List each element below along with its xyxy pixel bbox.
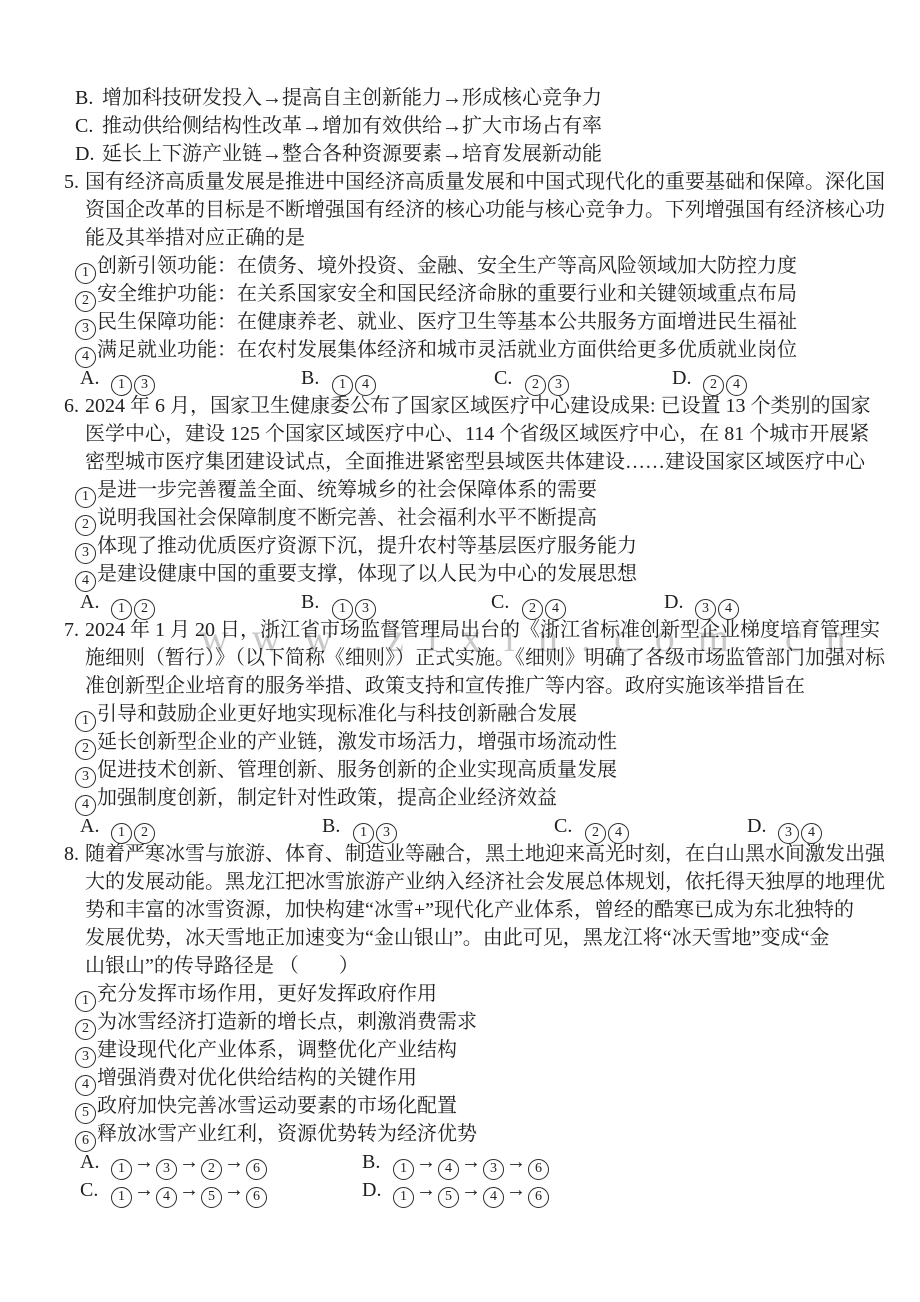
question-5: 5.国有经济高质量发展是推进中国经济高质量发展和中国式现代化的重要基础和保障。深… [0,168,920,392]
numbered-item: 3促进技术创新、管理创新、服务创新的企业实现高质量发展 [74,756,920,784]
item-text: 安全维护功能：在关系国家安全和国民经济命脉的重要行业和关键领域重点布局 [97,283,797,305]
option-D: D.34 [664,588,740,620]
question-6: 6.2024 年 6 月，国家卫生健康委公布了国家区域医疗中心建设成果: 已设置… [0,392,920,616]
options-row: A.12B.13C.24D.34 [0,588,920,616]
arrow-icon: → [224,1179,244,1201]
arrow-icon: → [416,1151,436,1173]
numbered-item: 4是建设健康中国的重要支撑，体现了以人民为中心的发展思想 [74,560,920,588]
stem-text: 随着严寒冰雪与旅游、体育、制造业等融合，黑土地迎来高光时刻，在白山黑水间激发出强 [85,843,885,865]
option-letter: D. [664,588,694,616]
circled-number: 4 [608,823,629,844]
numbered-item: 3民生保障功能：在健康养老、就业、医疗卫生等基本公共服务方面增进民生福祉 [74,308,920,336]
circled-number: 3 [778,823,799,844]
stem-text: 2024 年 6 月，国家卫生健康委公布了国家区域医疗中心建设成果: 已设置 1… [85,395,871,417]
option-text: 推动供给侧结构性改革→增加有效供给→扩大市场占有率 [102,115,602,137]
option-C: C.24 [491,588,567,620]
item-text: 说明我国社会保障制度不断完善、社会福利水平不断提高 [97,507,597,529]
item-text: 延长创新型企业的产业链，激发市场活力，增强市场流动性 [97,731,617,753]
option-letter: A. [80,364,110,392]
question-stem-line: 6.2024 年 6 月，国家卫生健康委公布了国家区域医疗中心建设成果: 已设置… [64,392,920,420]
circled-number: 1 [111,599,132,620]
arrow-icon: → [224,1151,244,1173]
option-letter: A. [80,1148,110,1176]
item-text: 体现了推动优质医疗资源下沉，提升农村等基层医疗服务能力 [97,535,637,557]
circled-number: 4 [801,823,822,844]
question-stem-line: 资国企改革的目标是不断增强国有经济的核心功能与核心竞争力。下列增强国有经济核心功 [85,196,920,224]
item-text: 满足就业功能：在农村发展集体经济和城市灵活就业方面供给更多优质就业岗位 [97,339,797,361]
numbered-item: 3建设现代化产业体系，调整优化产业结构 [74,1036,920,1064]
circled-number: 2 [585,823,606,844]
numbered-item: 1创新引领功能：在债务、境外投资、金融、安全生产等高风险领域加大防控力度 [74,252,920,280]
circled-number: 5 [201,1187,222,1208]
options-row: A.1→3→2→6B.1→4→3→6 [0,1148,920,1176]
option-B: B.13 [322,812,398,844]
circled-number: 4 [718,599,739,620]
arrow-icon: → [179,1179,199,1201]
option-A: A.1→3→2→6 [80,1148,268,1180]
circled-number: 2 [703,375,724,396]
numbered-item: 1充分发挥市场作用，更好发挥政府作用 [74,980,920,1008]
numbered-item: 6释放冰雪产业红利，资源优势转为经济优势 [74,1120,920,1148]
option-B: B.1→4→3→6 [362,1148,550,1180]
question-7: 7.2024 年 1 月 20 日，浙江省市场监督管理局出台的《浙江省标准创新型… [0,616,920,840]
numbered-item: 3体现了推动优质医疗资源下沉，提升农村等基层医疗服务能力 [74,532,920,560]
question-stem-line: 8.随着严寒冰雪与旅游、体育、制造业等融合，黑土地迎来高光时刻，在白山黑水间激发… [64,840,920,868]
stem-text: 2024 年 1 月 20 日，浙江省市场监督管理局出台的《浙江省标准创新型企业… [85,619,880,641]
numbered-item: 2说明我国社会保障制度不断完善、社会福利水平不断提高 [74,504,920,532]
item-text: 为冰雪经济打造新的增长点，刺激消费需求 [97,1011,477,1033]
question-stem-line: 势和丰富的冰雪资源，加快构建“冰雪+”现代化产业体系，曾经的酷寒已成为东北独特的 [85,896,920,924]
question-number: 8. [64,840,85,868]
option-C: C.23 [494,364,570,396]
arrow-icon: → [506,1179,526,1201]
question-stem-line: 施细则（暂行）》（以下简称《细则》）正式实施。《细则》明确了各级市场监管部门加强… [85,644,920,672]
question-stem-line: 能及其举措对应正确的是 [85,224,920,252]
numbered-item: 4满足就业功能：在农村发展集体经济和城市灵活就业方面供给更多优质就业岗位 [74,336,920,364]
option-text: 延长上下游产业链→整合各种资源要素→培育发展新动能 [102,143,602,165]
option-letter: D. [747,812,777,840]
option-letter: A. [80,812,110,840]
item-text: 充分发挥市场作用，更好发挥政府作用 [97,983,437,1005]
option-letter: C. [494,364,524,392]
numbered-item: 2安全维护功能：在关系国家安全和国民经济命脉的重要行业和关键领域重点布局 [74,280,920,308]
option-letter: B. [301,588,331,616]
circled-number: 2 [522,599,543,620]
option-letter: C. [75,112,102,140]
circled-number: 4 [483,1187,504,1208]
circled-number: 3 [548,375,569,396]
item-text: 加强制度创新，制定针对性政策，提高企业经济效益 [97,787,557,809]
numbered-item: 1是进一步完善覆盖全面、统筹城乡的社会保障体系的需要 [74,476,920,504]
numbered-item: 2延长创新型企业的产业链，激发市场活力，增强市场流动性 [74,728,920,756]
option-D: D.1→5→4→6 [362,1176,550,1208]
option-letter: B. [301,364,331,392]
arrow-icon: → [506,1151,526,1173]
answer-option-line: B.增加科技研发投入→提高自主创新能力→形成核心竞争力 [75,84,920,112]
question-stem-line: 医学中心，建设 125 个国家区域医疗中心、114 个省级区域医疗中心，在 81… [85,420,920,448]
circled-number: 1 [353,823,374,844]
circled-number: 1 [111,823,132,844]
circled-number: 1 [111,1187,132,1208]
options-row: C.1→4→5→6D.1→5→4→6 [0,1176,920,1204]
option-A: A.12 [80,588,156,620]
item-text: 是建设健康中国的重要支撑，体现了以人民为中心的发展思想 [97,563,637,585]
options-row: A.13B.14C.23D.24 [0,364,920,392]
question-stem-line: 山银山”的传导路径是 （ ） [85,952,920,980]
question-number: 6. [64,392,85,420]
option-text: 增加科技研发投入→提高自主创新能力→形成核心竞争力 [102,87,602,109]
numbered-item: 4加强制度创新，制定针对性政策，提高企业经济效益 [74,784,920,812]
circled-number: 3 [355,599,376,620]
numbered-item: 1引导和鼓励企业更好地实现标准化与科技创新融合发展 [74,700,920,728]
document-content: B.增加科技研发投入→提高自主创新能力→形成核心竞争力C.推动供给侧结构性改革→… [0,84,920,1204]
question-stem-line: 密型城市医疗集团建设试点，全面推进紧密型县域医共体建设……建设国家区域医疗中心 [85,448,920,476]
arrow-icon: → [461,1151,481,1173]
question-number: 7. [64,616,85,644]
question-stem-line: 大的发展动能。黑龙江把冰雪旅游产业纳入经济社会发展总体规划，依托得天独厚的地理优 [85,868,920,896]
circled-number: 1 [111,375,132,396]
option-letter: C. [491,588,521,616]
option-letter: A. [80,588,110,616]
item-text: 政府加快完善冰雪运动要素的市场化配置 [97,1095,457,1117]
item-text: 民生保障功能：在健康养老、就业、医疗卫生等基本公共服务方面增进民生福祉 [97,311,797,333]
circled-number: 2 [134,599,155,620]
circled-number: 3 [695,599,716,620]
circled-number: 6 [246,1187,267,1208]
circled-number: 4 [726,375,747,396]
exam-document-page: www.zixin.com.cn B.增加科技研发投入→提高自主创新能力→形成核… [0,0,920,1302]
option-A: A.12 [80,812,156,844]
circled-number: 5 [438,1187,459,1208]
option-C: C.24 [554,812,630,844]
numbered-item: 4增强消费对优化供给结构的关键作用 [74,1064,920,1092]
option-letter: B. [75,84,102,112]
option-D: D.34 [747,812,823,844]
option-B: B.13 [301,588,377,620]
circled-number: 4 [355,375,376,396]
question-stem-line: 7.2024 年 1 月 20 日，浙江省市场监督管理局出台的《浙江省标准创新型… [64,616,920,644]
question-stem-line: 准创新型企业培育的服务举措、政策支持和宣传推广等内容。政府实施该举措旨在 [85,672,920,700]
item-text: 创新引领功能：在债务、境外投资、金融、安全生产等高风险领域加大防控力度 [97,255,797,277]
option-letter: D. [672,364,702,392]
item-text: 是进一步完善覆盖全面、统筹城乡的社会保障体系的需要 [97,479,597,501]
arrow-icon: → [461,1179,481,1201]
circled-number: 4 [156,1187,177,1208]
arrow-icon: → [134,1179,154,1201]
option-letter: D. [75,140,102,168]
circled-number: 4 [545,599,566,620]
item-text: 促进技术创新、管理创新、服务创新的企业实现高质量发展 [97,759,617,781]
arrow-icon: → [416,1179,436,1201]
arrow-icon: → [179,1151,199,1173]
circled-number: 1 [393,1187,414,1208]
circled-number: 3 [134,375,155,396]
item-text: 增强消费对优化供给结构的关键作用 [97,1067,417,1089]
answer-option-line: D.延长上下游产业链→整合各种资源要素→培育发展新动能 [75,140,920,168]
circled-number: 1 [332,599,353,620]
question-stem-line: 5.国有经济高质量发展是推进中国经济高质量发展和中国式现代化的重要基础和保障。深… [64,168,920,196]
circled-number: 6 [528,1187,549,1208]
item-text: 释放冰雪产业红利，资源优势转为经济优势 [97,1123,477,1145]
circled-number: 3 [376,823,397,844]
numbered-item: 5政府加快完善冰雪运动要素的市场化配置 [74,1092,920,1120]
option-letter: D. [362,1176,392,1204]
circled-number: 2 [134,823,155,844]
option-letter: C. [554,812,584,840]
option-B: B.14 [301,364,377,396]
option-letter: C. [80,1176,110,1204]
option-A: A.13 [80,364,156,396]
circled-number: 1 [332,375,353,396]
item-text: 引导和鼓励企业更好地实现标准化与科技创新融合发展 [97,703,577,725]
option-letter: B. [322,812,352,840]
options-row: A.12B.13C.24D.34 [0,812,920,840]
answer-option-line: C.推动供给侧结构性改革→增加有效供给→扩大市场占有率 [75,112,920,140]
circled-number: 2 [525,375,546,396]
option-D: D.24 [672,364,748,396]
question-8: 8.随着严寒冰雪与旅游、体育、制造业等融合，黑土地迎来高光时刻，在白山黑水间激发… [0,840,920,1204]
item-text: 建设现代化产业体系，调整优化产业结构 [97,1039,457,1061]
stem-text: 国有经济高质量发展是推进中国经济高质量发展和中国式现代化的重要基础和保障。深化国 [85,171,885,193]
option-C: C.1→4→5→6 [80,1176,268,1208]
question-stem-line: 发展优势，冰天雪地正加速变为“金山银山”。由此可见，黑龙江将“冰天雪地”变成“金 [85,924,920,952]
question-number: 5. [64,168,85,196]
option-letter: B. [362,1148,392,1176]
arrow-icon: → [134,1151,154,1173]
numbered-item: 2为冰雪经济打造新的增长点，刺激消费需求 [74,1008,920,1036]
